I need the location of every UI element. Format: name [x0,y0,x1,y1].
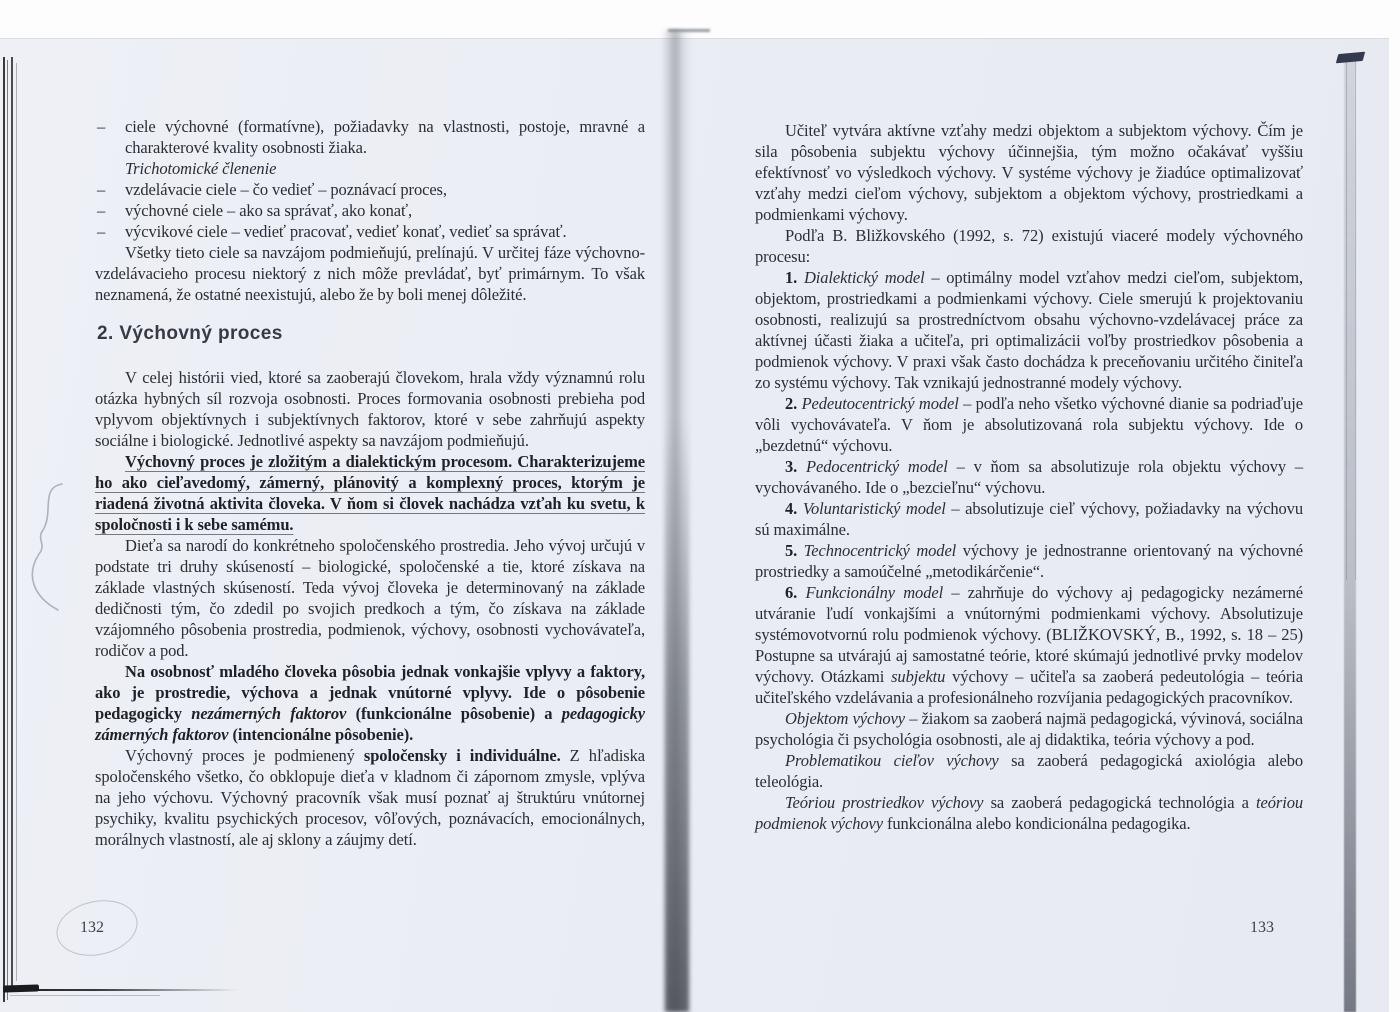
paragraph: Na osobnosť mladého človeka pôsobia jedn… [95,661,645,745]
list-dash: – [97,200,105,221]
book-gutter-shadow-lower [665,420,689,1012]
text-segment: výchovné ciele – ako sa správať, ako kon… [125,201,412,220]
page-bottom-edge-line [6,989,238,991]
text-segment: 3. [785,457,806,476]
book-edge-line [16,63,17,981]
list-dash: – [97,179,105,200]
text-segment: Voluntaristický model [803,499,946,518]
list-item: –ciele výchovné (formatívne), požiadavky… [95,116,645,158]
text-segment: subjektu [891,667,945,686]
text-segment: výcvikové ciele – vedieť pracovať, vedie… [125,222,567,241]
text-segment: Pedeutocentrický model [802,394,959,413]
text-segment: Objektom výchovy [785,709,905,728]
paragraph: Výchovný proces je zložitým a dialektick… [95,451,645,535]
text-segment: nezámerných faktorov [191,704,355,723]
text-segment: Dieťa sa narodí do konkrétneho spoločens… [95,536,645,660]
text-segment: funkcionálna alebo kondicionálna pedagog… [883,814,1191,833]
paragraph: 4. Voluntaristický model – absolutizuje … [755,498,1303,540]
list-item: –výchovné ciele – ako sa správať, ako ko… [95,200,645,221]
text-segment: Dialektický model [804,268,925,287]
paragraph: 1. Dialektický model – optimálny model v… [755,267,1303,393]
section-heading: 2. Výchovný proces [97,322,645,346]
text-segment: Trichotomické členenie [125,159,276,178]
list-item: –vzdelávacie ciele – čo vedieť – poznáva… [95,179,645,200]
page-bottom-edge-line-faint [10,995,160,996]
paragraph: Podľa B. Bližkovského (1992, s. 72) exis… [755,225,1303,267]
paragraph: 3. Pedocentrický model – v ňom sa absolu… [755,456,1303,498]
paragraph: 6. Funkcionálny model – zahrňuje do vých… [755,582,1303,708]
text-segment: (funkcionálne pôsobenie) a [356,704,562,723]
paragraph: Všetky tieto ciele sa navzájom podmieňuj… [95,242,645,305]
left-page-text-column: –ciele výchovné (formatívne), požiadavky… [95,116,645,850]
book-spread: –ciele výchovné (formatívne), požiadavky… [0,0,1400,1012]
paragraph: V celej histórii vied, ktoré sa zaoberaj… [95,367,645,451]
text-segment: 6. [785,583,805,602]
paragraph: Objektom výchovy – žiakom sa zaoberá naj… [755,708,1303,750]
text-segment: ciele výchovné (formatívne), požiadavky … [125,117,645,157]
text-segment: Podľa B. Bližkovského (1992, s. 72) exis… [755,226,1303,266]
list-dash: – [97,116,105,137]
page-number-left: 132 [80,919,104,937]
text-segment: 5. [785,541,804,560]
text-segment: 2. [785,394,802,413]
text-segment: Výchovný proces je podmienený [125,746,364,765]
paragraph: Dieťa sa narodí do konkrétneho spoločens… [95,535,645,661]
list-dash: – [97,221,105,242]
paragraph: 5. Technocentrický model výchovy je jedn… [755,540,1303,582]
text-segment: Funkcionálny model [805,583,943,602]
text-segment: (intencionálne pôsobenie). [232,725,413,744]
paragraph: Trichotomické členenie [95,158,645,179]
text-segment: sa zaoberá pedagogická technológia a [983,793,1256,812]
book-edge-line [7,60,8,1000]
right-page-edge-line [1355,60,1356,580]
gutter-top-mark [668,29,710,32]
text-segment: Problematikou cieľov výchovy [785,751,999,770]
paragraph: Teóriou prostriedkov výchovy sa zaoberá … [755,792,1303,834]
right-page-text-column: Učiteľ vytvára aktívne vzťahy medzi obje… [755,120,1303,834]
book-edge-line [3,57,5,1002]
pencil-brace-mark [26,478,78,620]
paragraph: Učiteľ vytvára aktívne vzťahy medzi obje… [755,120,1303,225]
right-page-edge-line [1346,60,1347,580]
text-segment: Výchovný proces je zložitým a dialektick… [95,452,645,534]
text-segment: Učiteľ vytvára aktívne vzťahy medzi obje… [755,121,1303,224]
text-segment: 2. Výchovný proces [97,323,283,344]
text-segment: spoločensky i individuálne. [364,746,561,765]
text-segment: 4. [785,499,803,518]
paragraph: 2. Pedeutocentrický model – podľa neho v… [755,393,1303,456]
text-segment: 1. [785,268,804,287]
list-item: –výcvikové ciele – vedieť pracovať, vedi… [95,221,645,242]
book-edge-line [11,57,13,992]
page-number-right: 133 [1250,919,1274,937]
text-segment: V celej histórii vied, ktoré sa zaoberaj… [95,368,645,450]
text-segment: Všetky tieto ciele sa navzájom podmieňuj… [95,243,645,304]
text-segment: Pedocentrický model [806,457,948,476]
text-segment: Technocentrický model [804,541,956,560]
paragraph: Výchovný proces je podmienený spoločensk… [95,745,645,850]
paragraph: Problematikou cieľov výchovy sa zaoberá … [755,750,1303,792]
text-segment: vzdelávacie ciele – čo vedieť – poznávac… [125,180,447,199]
page-corner-shadow [3,984,39,992]
text-segment: Teóriou prostriedkov výchovy [785,793,983,812]
